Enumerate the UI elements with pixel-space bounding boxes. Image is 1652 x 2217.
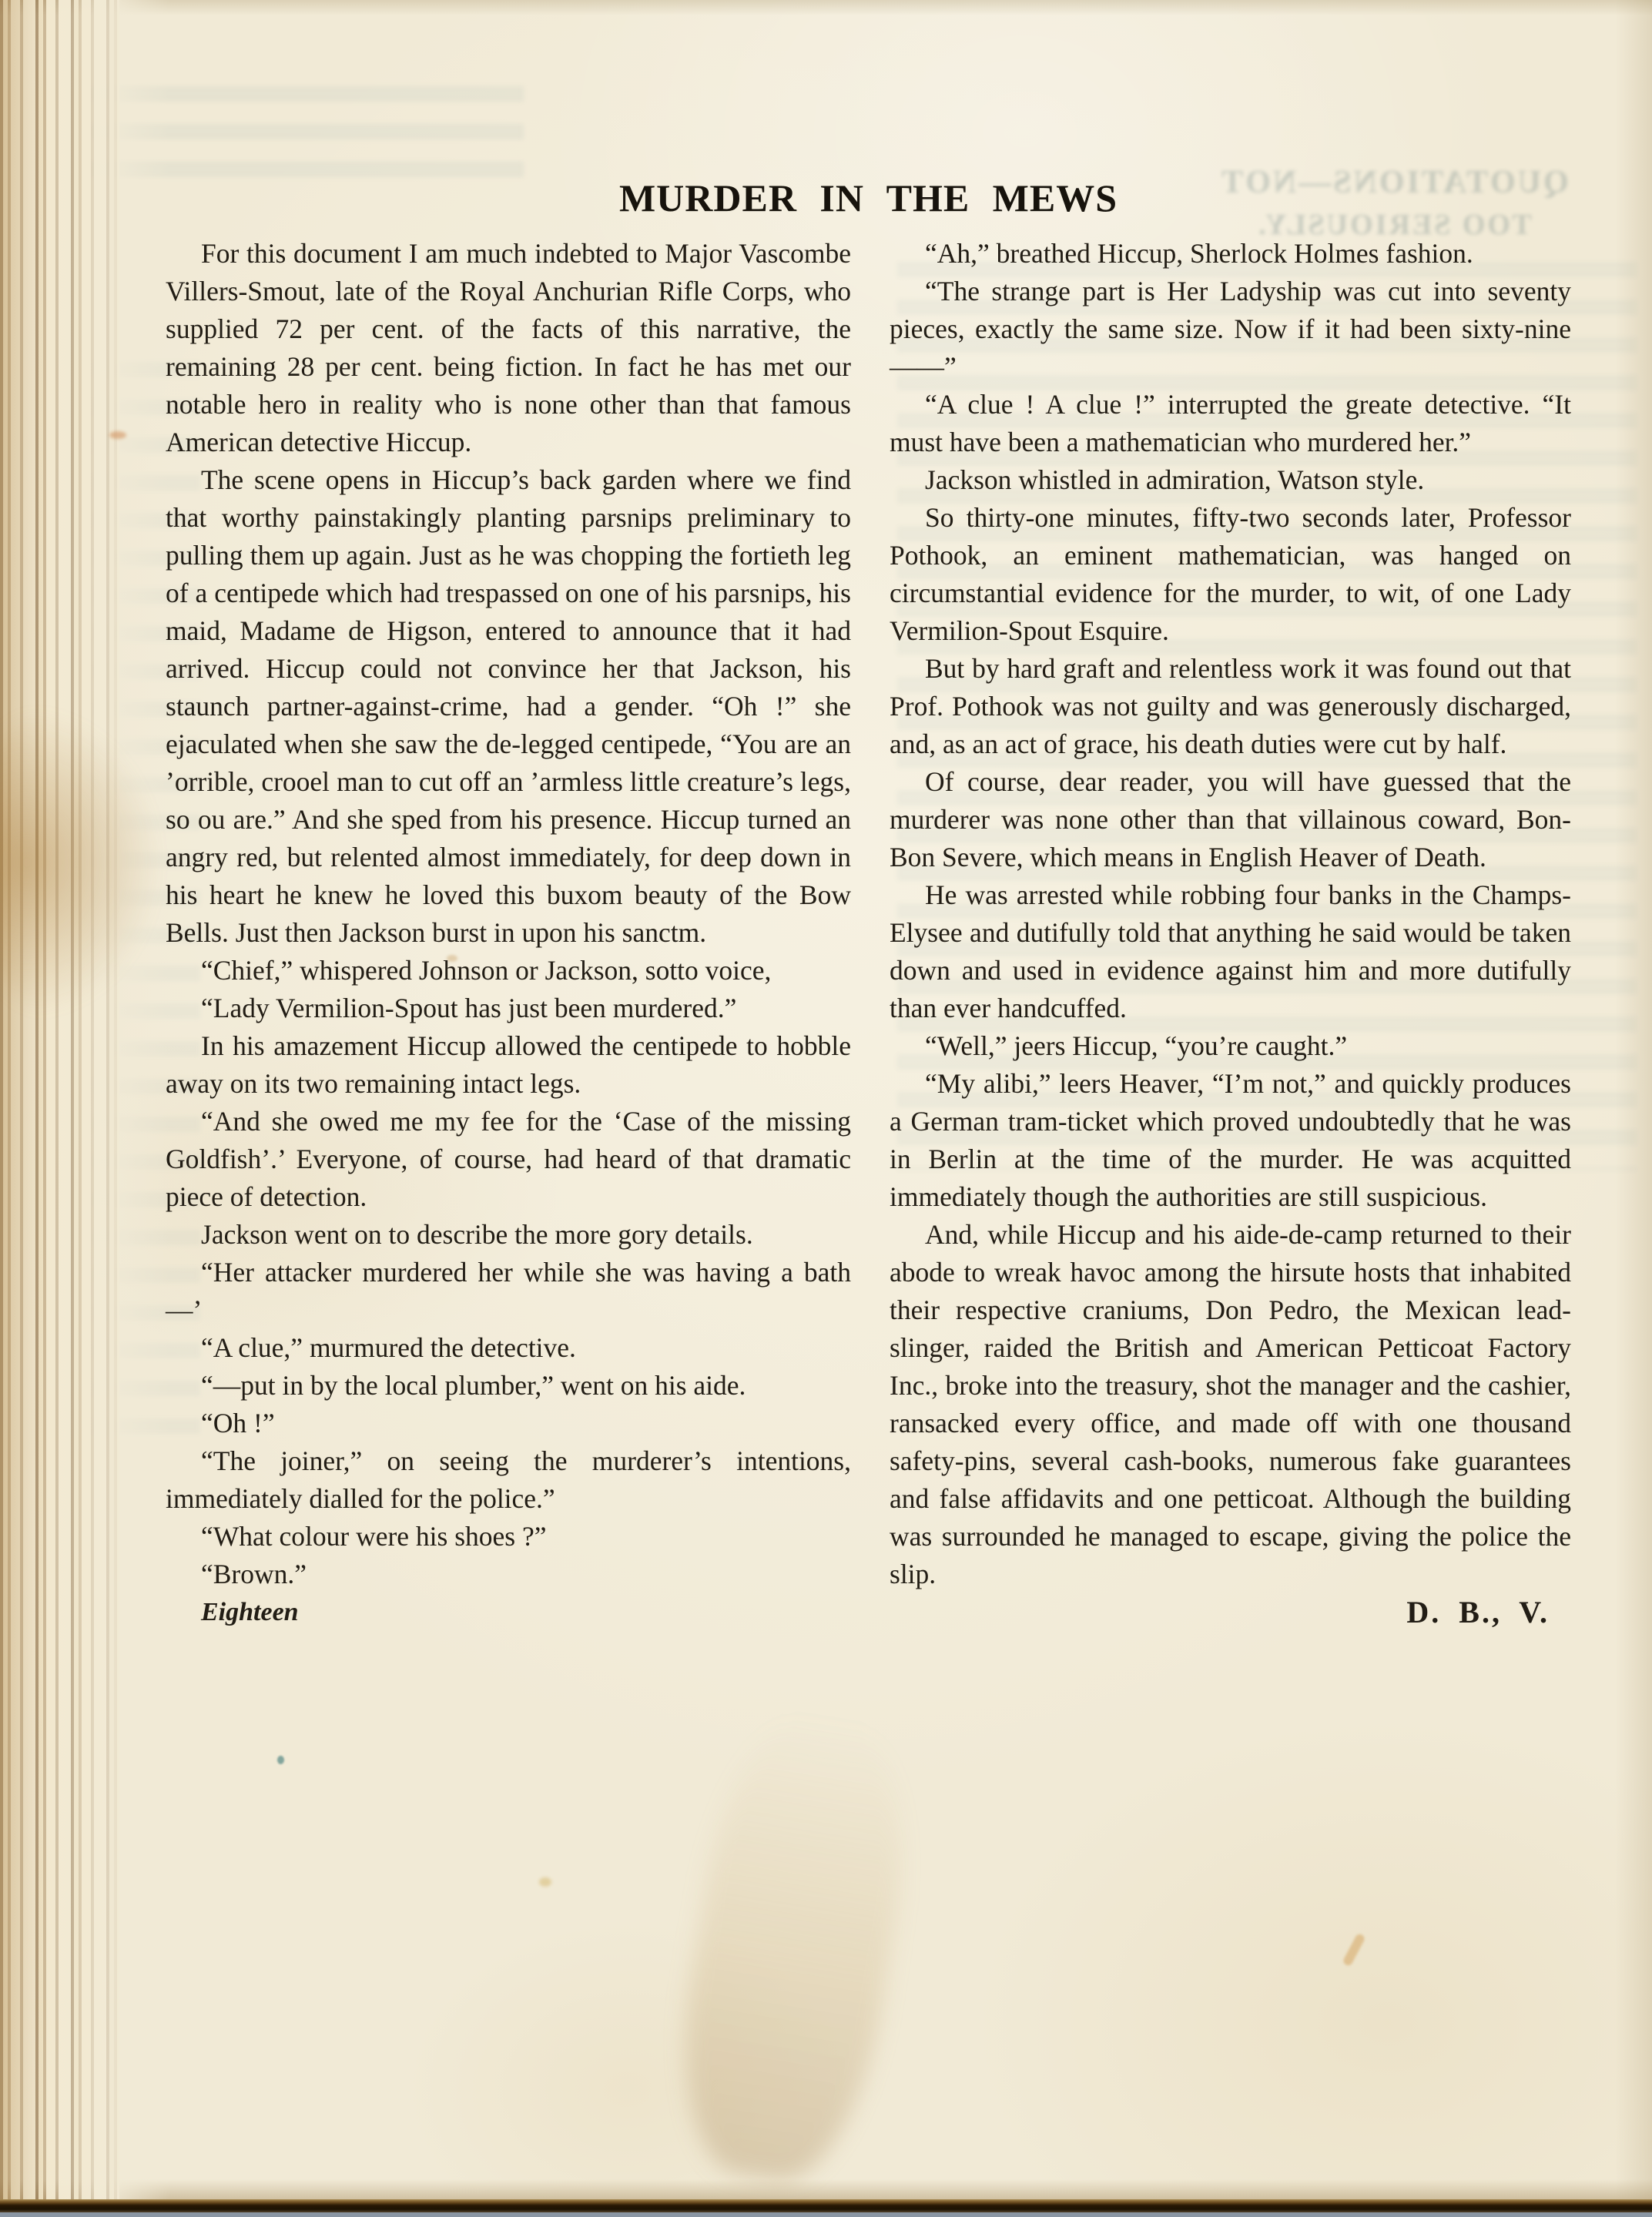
paragraph: But by hard graft and relentless work it…: [890, 650, 1571, 763]
paragraph: “—put in by the local plumber,” went on …: [166, 1367, 851, 1405]
paragraph: “Brown.”: [166, 1556, 851, 1593]
scanned-page: QUOTATIONS—NOT TOO SERIOUSLY. MURDER IN …: [0, 0, 1652, 2217]
paragraph: “The joiner,” on seeing the murderer’s i…: [166, 1442, 851, 1518]
page-title: MURDER IN THE MEWS: [166, 174, 1571, 222]
paragraph: “What colour were his shoes ?”: [166, 1518, 851, 1556]
ink-speck: [277, 1756, 284, 1764]
paragraph: “Chief,” whispered Johnson or Jackson, s…: [166, 952, 851, 990]
paragraph: “And she owed me my fee for the ‘Case of…: [166, 1103, 851, 1216]
paragraph: “Lady Vermilion-Spout has just been murd…: [166, 990, 851, 1027]
paragraph: Of course, dear reader, you will have gu…: [890, 763, 1571, 876]
paragraph: “The strange part is Her Ladyship was cu…: [890, 273, 1571, 386]
right-column: “Ah,” breathed Hiccup, Sherlock Holmes f…: [890, 235, 1571, 1631]
stain-speck: [109, 431, 126, 439]
paragraph: “Ah,” breathed Hiccup, Sherlock Holmes f…: [890, 235, 1571, 273]
page-number: Eighteen: [166, 1593, 851, 1631]
paragraph: “A clue,” murmured the detective.: [166, 1329, 851, 1367]
book-binding-shadow: [0, 0, 169, 2199]
page-bottom-edge: [0, 2199, 1652, 2212]
paragraph: In his amazement Hiccup allowed the cent…: [166, 1027, 851, 1103]
paragraph: “Oh !”: [166, 1405, 851, 1442]
paragraph: “A clue ! A clue !” interrupted the grea…: [890, 386, 1571, 461]
stain-speck: [539, 1877, 551, 1887]
paragraph: Jackson whistled in admiration, Watson s…: [890, 461, 1571, 499]
paragraph: “Her attacker murdered her while she was…: [166, 1254, 851, 1329]
byline: D. B., V.: [890, 1593, 1571, 1631]
paragraph: “My alibi,” leers Heaver, “I’m not,” and…: [890, 1065, 1571, 1216]
paragraph: And, while Hiccup and his aide-de-camp r…: [890, 1216, 1571, 1593]
paragraph: Jackson went on to describe the more gor…: [166, 1216, 851, 1254]
paragraph: He was arrested while robbing four banks…: [890, 876, 1571, 1027]
paragraph: “Well,” jeers Hiccup, “you’re caught.”: [890, 1027, 1571, 1065]
paragraph: The scene opens in Hiccup’s back garden …: [166, 461, 851, 952]
left-column: For this document I am much indebted to …: [166, 235, 851, 1631]
paragraph: For this document I am much indebted to …: [166, 235, 851, 461]
paragraph: So thirty-one minutes, fifty-two seconds…: [890, 499, 1571, 650]
